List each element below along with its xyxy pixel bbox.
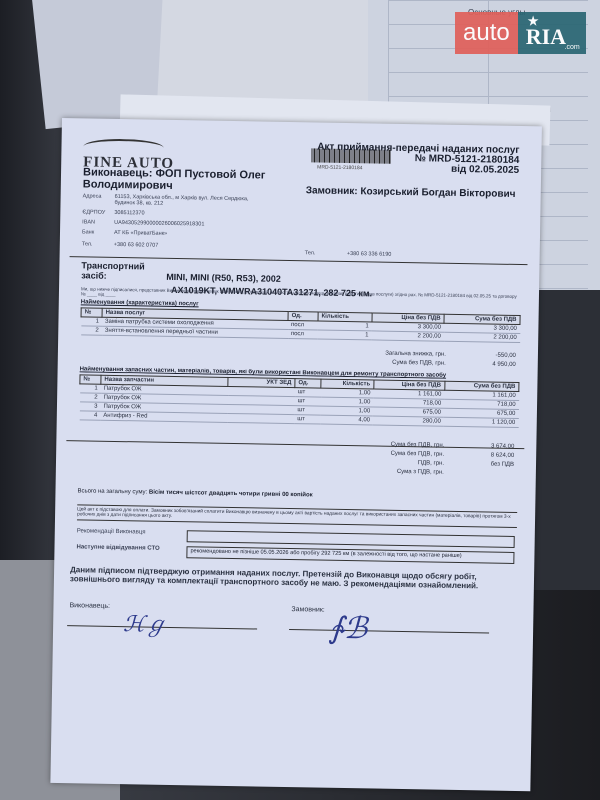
total-in-words: Всього на загальну суму: Вісім тисяч шіс… <box>77 488 312 498</box>
act-title: Акт приймання-передачі наданих послуг № … <box>317 142 520 176</box>
executor-name: Виконавець: ФОП Пустовой Олег Володимиро… <box>83 166 293 194</box>
auto-ria-watermark: auto ★ RIA .com <box>455 12 586 54</box>
customer-sign-label: Замовник: <box>291 606 324 614</box>
services-totals: Загальна знижка, грн.-550,00 Сума без ПД… <box>385 351 516 371</box>
services-title: Найменування (характеристика) послуг <box>81 299 199 307</box>
executor-info: Адреса61153, Харківська обл., м Харків в… <box>82 193 265 254</box>
car-interior <box>530 270 600 590</box>
parts-totals: Сума без ПДВ, грн.3 674,00 Сума без ПДВ,… <box>390 442 514 480</box>
customer-sign-line <box>289 629 489 633</box>
customer-phone: Тел. +380 63 336 6190 <box>305 250 392 258</box>
executor-signature: ℋℊ <box>123 607 167 639</box>
parts-table: № Назва запчастин УКТ ЗЕД Од. Кількість … <box>79 374 520 428</box>
service-act-document: FINE AUTO Виконавець: ФОП Пустовой Олег … <box>50 118 542 791</box>
car-silhouette-icon <box>83 138 163 155</box>
services-table: № Назва послуг Од. Кількість Ціна без ПД… <box>80 307 520 343</box>
payment-note: Цей акт є підставою для оплати. Замовник… <box>77 504 517 528</box>
recommendations-block: Рекомендації Виконавця Наступне відвідув… <box>76 528 514 568</box>
customer-signature: ∱ℬ <box>328 611 368 647</box>
executor-sign-label: Виконавець: <box>69 602 110 610</box>
customer-name: Замовник: Козирський Богдан Вікторович <box>306 185 516 200</box>
confirmation-text: Даним підписом підтверджую отримання над… <box>70 565 515 591</box>
